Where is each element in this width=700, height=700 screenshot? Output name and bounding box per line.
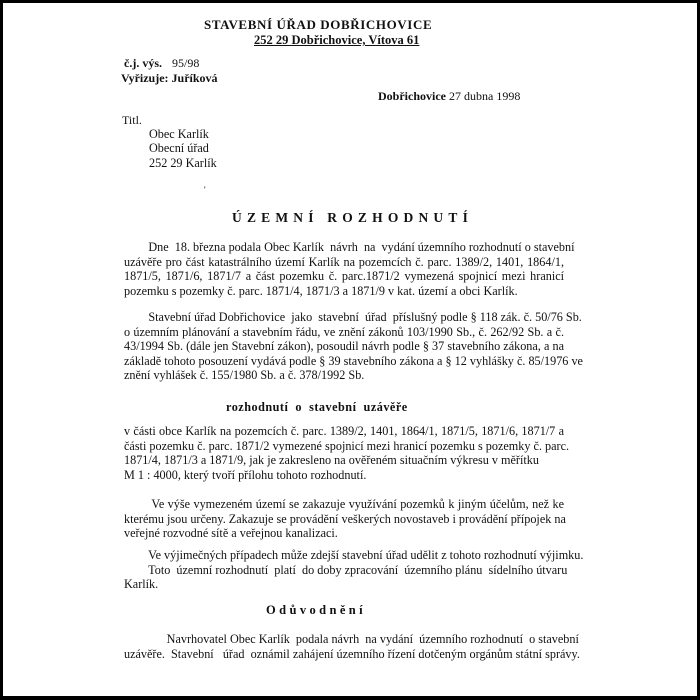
- text-line: Dne 18. března podala Obec Karlík návrh …: [124, 240, 564, 255]
- recipient-line: Obecní úřad: [149, 141, 217, 155]
- text-line: pozemku s pozemky č. parc. 1871/4, 1871/…: [124, 284, 564, 299]
- reference-value: 95/98: [172, 56, 199, 70]
- decision-heading: rozhodnutí o stavební uzávěře: [226, 400, 408, 415]
- text-line: o územním plánování a stavebním řádu, ve…: [124, 325, 564, 340]
- text-line: kterému jsou určeny. Zakazuje se provádě…: [124, 512, 564, 527]
- paragraph-proposal: Dne 18. března podala Obec Karlík návrh …: [124, 240, 564, 298]
- text-line: Navrhovatel Obec Karlík podala návrh na …: [124, 632, 564, 647]
- paragraph-justification: Navrhovatel Obec Karlík podala návrh na …: [124, 632, 564, 661]
- stray-mark: ': [204, 183, 206, 198]
- text-line: Karlík.: [124, 577, 564, 592]
- salutation: Titl.: [122, 113, 142, 128]
- text-line: 43/1994 Sb. (dále jen Stavební zákon), p…: [124, 339, 564, 354]
- document-page: STAVEBNÍ ÚŘAD DOBŘICHOVICE 252 29 Dobřic…: [0, 0, 700, 700]
- text-line: M 1 : 4000, který tvoří přílohu tohoto r…: [124, 468, 564, 483]
- office-name: STAVEBNÍ ÚŘAD DOBŘICHOVICE: [204, 18, 432, 33]
- reference-number: č.j. výs.95/98: [124, 56, 199, 71]
- text-line: Stavební úřad Dobřichovice jako stavební…: [124, 310, 564, 325]
- text-line: 1871/5, 1871/6, 1871/7 a část pozemku č.…: [124, 269, 564, 284]
- text-line: Ve výše vymezeném území se zakazuje využ…: [124, 497, 564, 512]
- text-line: 1871/4, 1871/3 a 1871/9, jak je zakresle…: [124, 453, 564, 468]
- date-line: Dobřichovice 27 dubna 1998: [378, 89, 520, 104]
- recipient-line: Obec Karlík: [149, 127, 217, 141]
- text-line: znění vyhlášek č. 155/1980 Sb. a č. 378/…: [124, 368, 564, 383]
- text-line: Ve výjimečných případech může zdejší sta…: [124, 548, 564, 563]
- justification-heading: Odůvodnění: [266, 603, 366, 618]
- document-title: ÚZEMNÍ ROZHODNUTÍ: [232, 211, 473, 226]
- paragraph-restrictions: Ve výše vymezeném území se zakazuje využ…: [124, 497, 564, 541]
- reference-label: č.j. výs.: [124, 56, 162, 70]
- paragraph-exceptions: Ve výjimečných případech může zdejší sta…: [124, 548, 564, 592]
- handler: Vyřizuje: Juříková: [121, 71, 218, 86]
- date-place: Dobřichovice: [378, 89, 446, 103]
- text-line: veřejné rozvodné sítě a veřejnou kanaliz…: [124, 526, 564, 541]
- text-line: uzávěře. Stavební úřad oznámil zahájení …: [124, 647, 564, 662]
- recipient-address: Obec Karlík Obecní úřad 252 29 Karlík: [149, 127, 217, 170]
- date-value: 27 dubna 1998: [449, 89, 520, 103]
- text-line: části pozemku č. parc. 1871/2 vymezené s…: [124, 439, 564, 454]
- text-line: základě tohoto posouzení vydává podle § …: [124, 354, 564, 369]
- recipient-line: 252 29 Karlík: [149, 156, 217, 170]
- paragraph-decision: v části obce Karlík na pozemcích č. parc…: [124, 424, 564, 482]
- office-address: 252 29 Dobřichovice, Vítova 61: [254, 33, 419, 48]
- text-line: v části obce Karlík na pozemcích č. parc…: [124, 424, 564, 439]
- text-line: Toto územní rozhodnutí platí do doby zpr…: [124, 563, 564, 578]
- paragraph-authority: Stavební úřad Dobřichovice jako stavební…: [124, 310, 564, 383]
- text-line: uzávěře pro část katastrálního území Kar…: [124, 255, 564, 270]
